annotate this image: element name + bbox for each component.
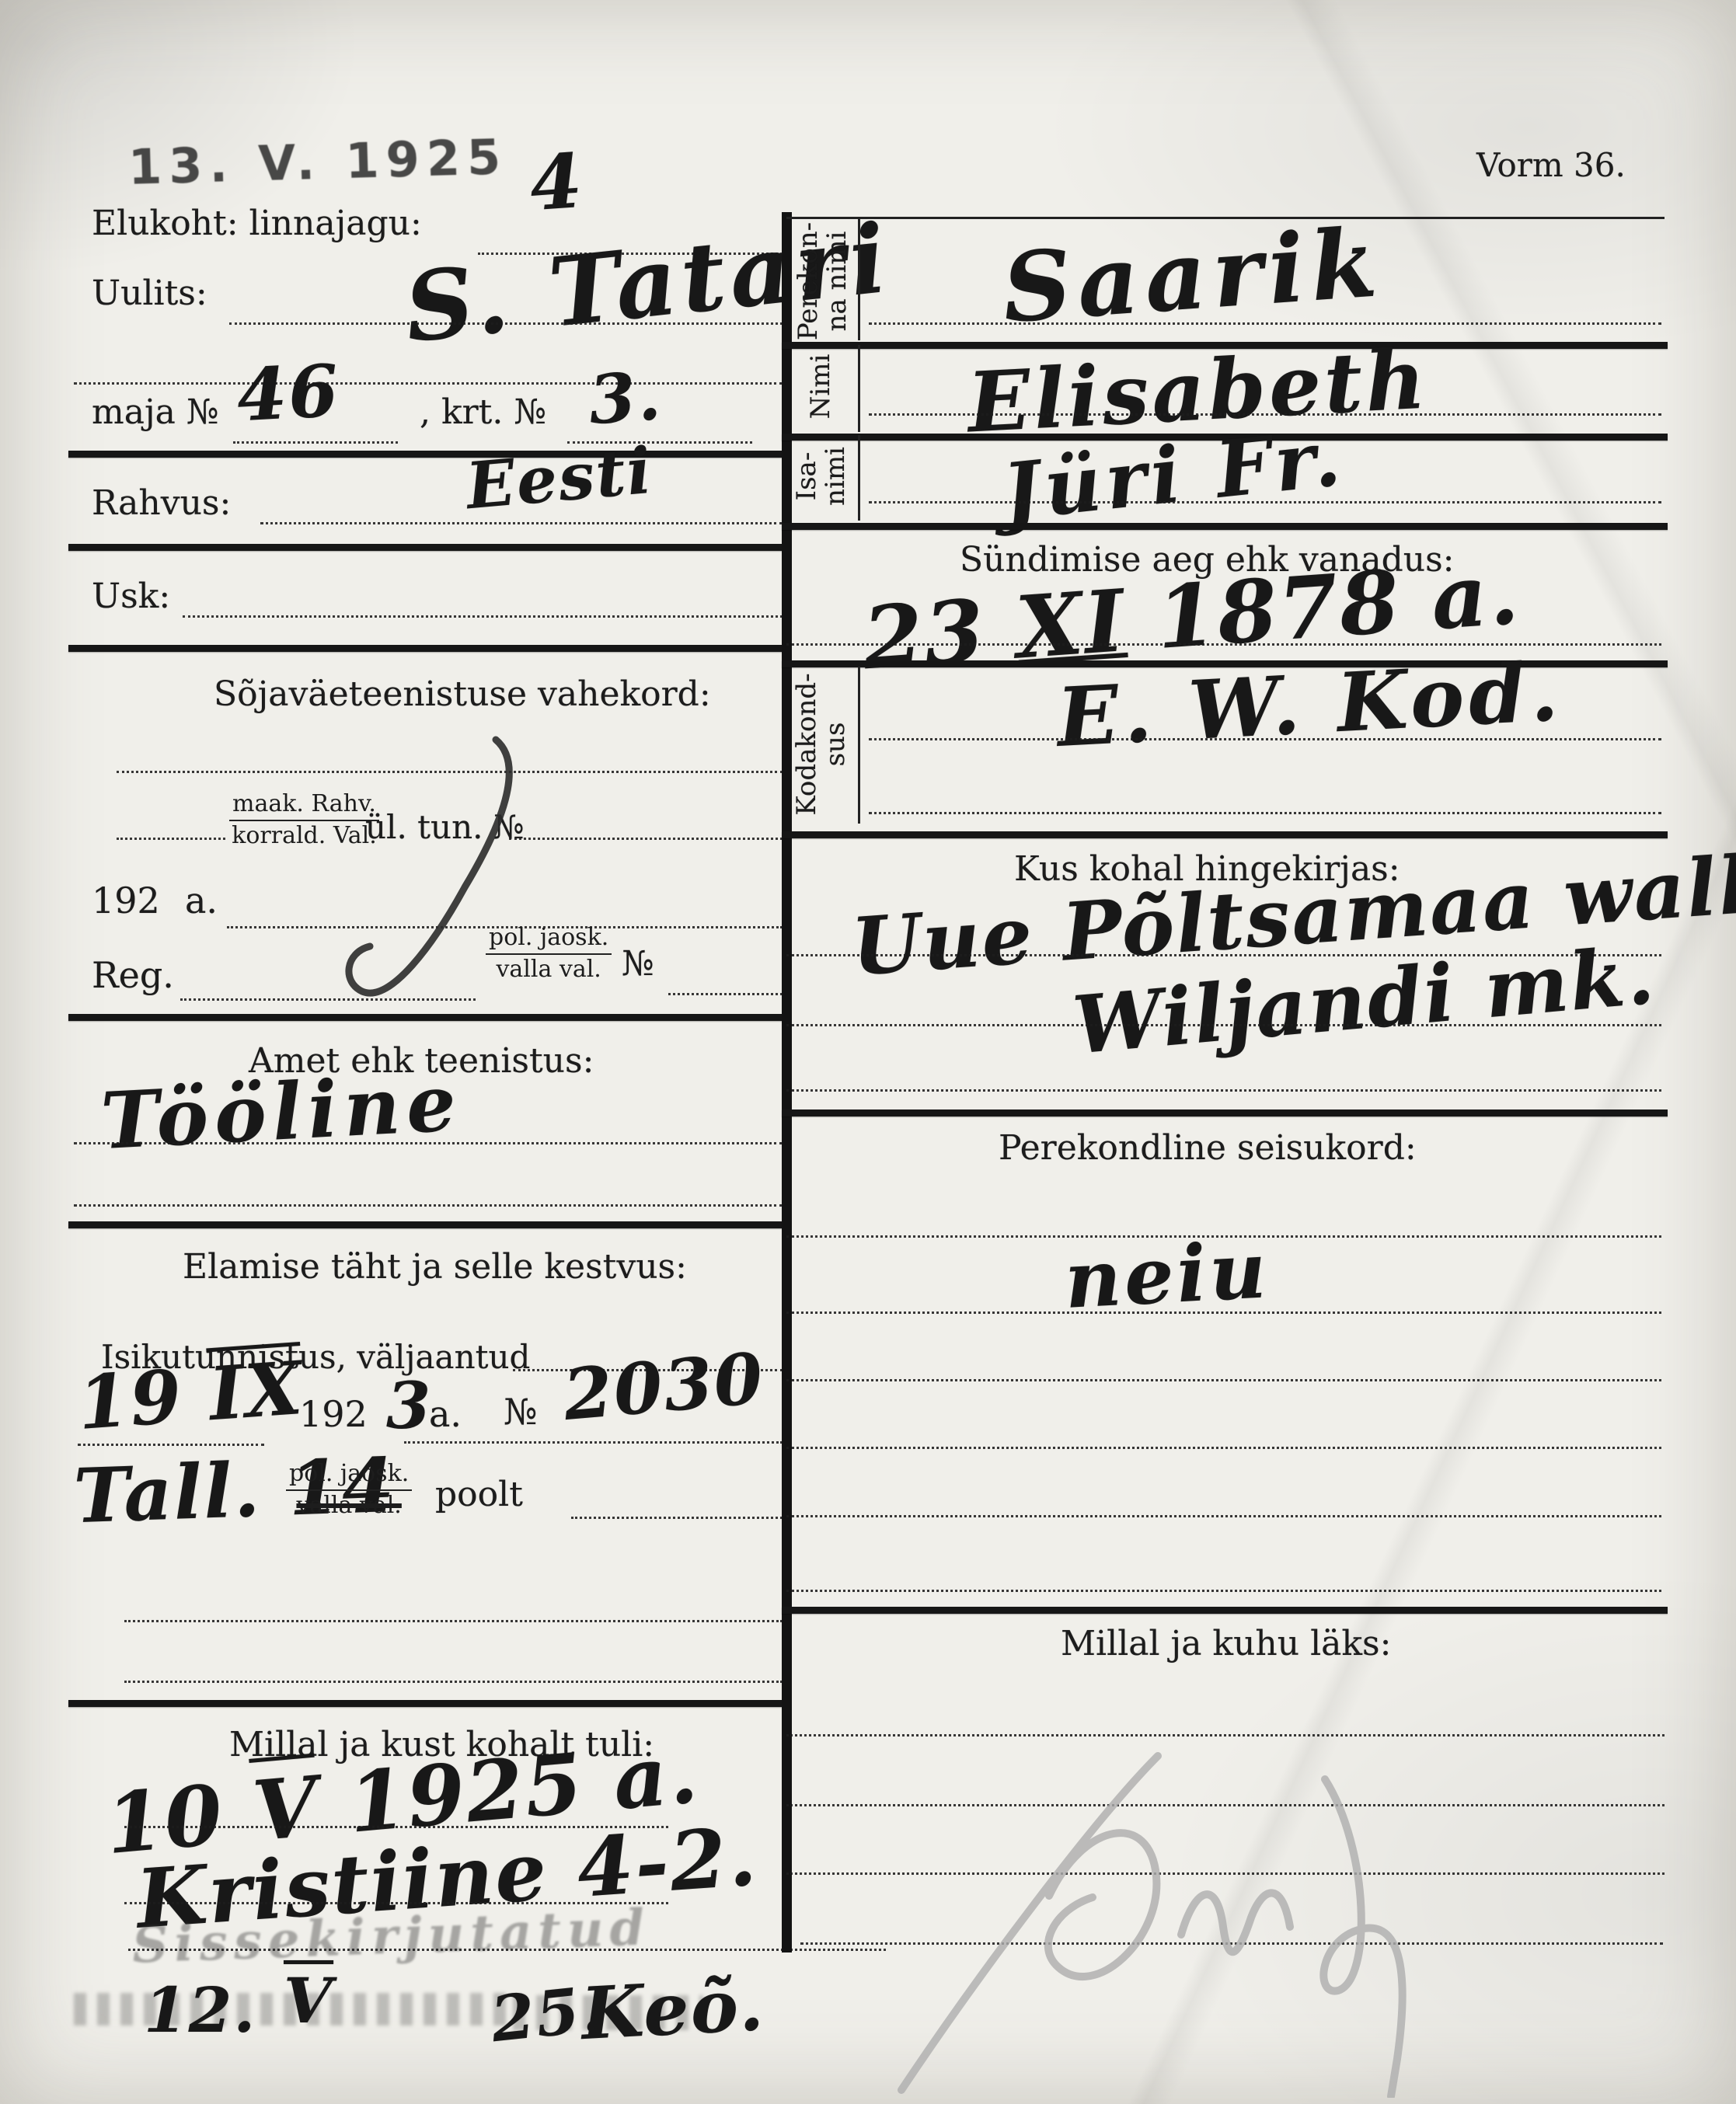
isanimi-label: Isa- nimi [793,433,852,520]
isanimi-line [869,501,1661,503]
nimi-sep [858,345,860,432]
pol-no-sign: № [622,944,654,984]
rule-left-5 [68,1221,783,1228]
rahvus-line [260,522,783,524]
rule-right-7 [782,1607,1668,1614]
reg-day-value: 12. [144,1973,256,2047]
isik-year-prefix: 192 [299,1393,368,1435]
perekonnanimi-line [869,322,1661,325]
form-number: Vorm 36. [1476,146,1626,184]
pencil-signature [816,1733,1531,2098]
kodakondsus-line-2 [869,812,1661,814]
amet-line-1 [74,1142,783,1144]
isik-a-label: a. [429,1393,462,1435]
kodakondsus-label-line2: sus [820,723,851,767]
isik-date-value: 19 IX [75,1346,306,1447]
year-prefix: 192 [92,880,160,921]
isanimi-sep [858,435,860,521]
laks-heading: Millal ja kuhu läks: [1061,1624,1391,1663]
rahvus-label: Rahvus: [92,483,231,523]
hingekirjas-line-3 [786,1089,1661,1092]
isik-no-value: 2030 [560,1337,768,1437]
rule-right-3 [782,523,1668,530]
perekonnanimi-label: Perekon- na nimi [794,220,856,343]
isik-line-1 [78,1444,264,1446]
usk-line [183,615,783,618]
perekondline-line-4 [786,1447,1661,1449]
rahvus-value: Eesti [463,434,655,524]
bottom-line [128,1949,886,1951]
isik-line-2 [404,1441,783,1444]
uulits-label: Uulits: [92,273,207,313]
isik-day: 19 [75,1354,186,1447]
hingekirjas-line-2 [786,1024,1661,1026]
kodakondsus-label-line1: Kodakond- [791,673,822,815]
ul-tun-line-left [117,838,225,840]
nimi-label: Nimi [807,342,842,431]
reg-line-2 [668,993,783,995]
amet-line-2 [74,1204,783,1207]
isik-year-digit: 3 [386,1369,432,1444]
reg-signature: Keõ. [579,1963,767,2056]
usk-label: Usk: [92,577,170,616]
pol-jaosk-2-bottom: valla val. [286,1491,412,1520]
uulits-line-2 [74,382,783,385]
rule-right-5 [782,831,1668,838]
kodakondsus-line-1 [869,738,1661,740]
nimi-line [869,413,1661,416]
perekondline-line-5 [786,1515,1661,1517]
maja-value: 46 [235,349,342,438]
elamise-heading: Elamise täht ja selle kestvus: [183,1247,687,1287]
isik-no-sign: № [504,1391,538,1433]
perekondline-heading: Perekondline seisukord: [999,1128,1417,1168]
perekonnanimi-label-line2: na nimi [821,232,852,332]
rule-right-6 [782,1109,1668,1116]
sund-day: 23 [860,580,989,689]
reg-label: Reg. [92,954,174,996]
ink-stroke [295,715,552,1033]
blank-line-1 [124,1620,783,1622]
elukoht-label: Elukoht: linnajagu: [92,204,422,243]
kodakondsus-sep [858,667,860,824]
rule-left-4 [68,1014,783,1021]
blank-line-2 [124,1681,783,1683]
krt-value: 3. [587,357,665,440]
poolt-line [571,1517,783,1519]
isik-month: IX [207,1346,306,1437]
amet-value: Tööline [99,1057,464,1167]
perekondline-line-2 [786,1312,1661,1314]
isanimi-label-line2: nimi [820,447,851,506]
rule-left-3 [68,645,783,652]
rule-left-6 [68,1700,783,1707]
poolt-label: poolt [435,1475,523,1514]
linnajagu-value: 4 [527,137,587,228]
isanimi-label-line1: Isa- [791,452,822,501]
krt-label: , krt. № [420,392,546,432]
uulits-line [229,322,783,325]
perekonnanimi-sep [858,219,860,340]
date-stamp: 13. V. 1925 [127,128,508,196]
reg-month-value: V [284,1964,333,2037]
perekondline-line-3 [786,1379,1661,1381]
pol-jaosk-fraction-2: pol. jaosk. valla val. [286,1461,412,1519]
pol-jaosk-2-top: pol. jaosk. [286,1461,412,1491]
kodakondsus-label: Kodakond- sus [793,663,855,826]
sojavae-heading: Sõjaväeteenistuse vahekord: [214,674,711,714]
scanned-registration-card: 13. V. 1925 Vorm 36. Elukoht: linnajagu:… [0,0,1736,2104]
maja-label: maja № [92,392,218,432]
maja-line [233,441,398,444]
perekondline-line-6 [786,1590,1661,1592]
rule-left-2 [68,544,783,551]
perekonnanimi-label-line1: Perekon- [793,222,824,340]
year-a-label: a. [185,880,218,921]
rule-left-1 [68,451,783,458]
